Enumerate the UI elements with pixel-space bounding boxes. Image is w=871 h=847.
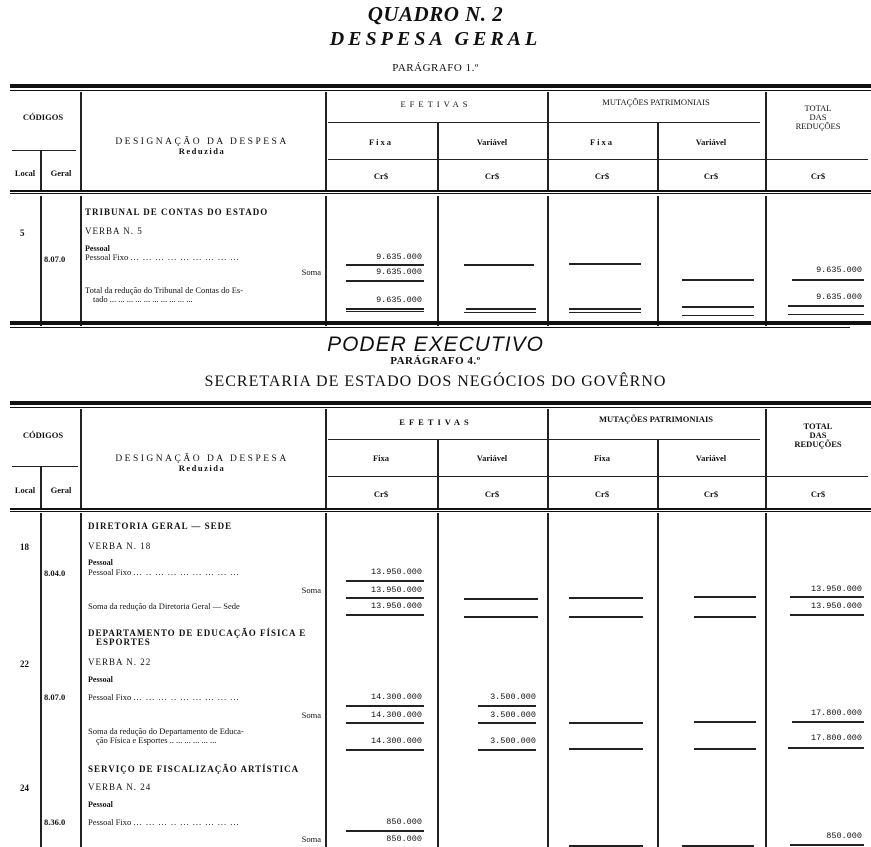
col-divider [437, 196, 439, 326]
geral-code: 8.07.0 [44, 692, 65, 702]
table-top-rule [10, 401, 871, 405]
currency-label: Cr$ [547, 171, 657, 181]
total-rule [788, 747, 864, 749]
currency-label: Cr$ [657, 489, 765, 499]
item-label: Pessoal Fixo ... ... ... .. ... ... ... … [88, 817, 240, 827]
table-top-rule [10, 84, 871, 88]
mutacoes-fixa-header: Fixa [547, 453, 657, 463]
total-rule [346, 614, 424, 616]
efetivas-header: EFETIVAS [325, 417, 547, 427]
item-fixa-value: 9.635.000 [330, 252, 422, 262]
sum-rule [346, 705, 424, 707]
local-code: 24 [20, 783, 29, 793]
empty-rule [466, 308, 536, 310]
mutacoes-fixa-header: Fixa [547, 137, 657, 147]
pessoal-label: Pessoal [88, 675, 113, 684]
header-bottom-rule [10, 508, 871, 510]
total-header: TOTAL DAS REDUÇÕES [765, 422, 871, 449]
soma-fixa-value: 14.300.000 [330, 710, 422, 720]
efetivas-fixa-header: Fixa [325, 137, 437, 147]
empty-rule [682, 279, 754, 281]
header-bottom-rule [10, 193, 871, 194]
geral-header: Geral [42, 485, 80, 495]
currency-label: Cr$ [765, 489, 871, 499]
soma-total-value: 9.635.000 [770, 265, 862, 275]
pessoal-label: Pessoal [88, 558, 113, 567]
soma-total-value: 850.000 [770, 831, 862, 841]
currency-label: Cr$ [547, 489, 657, 499]
total-header-line: REDUÇÕES [765, 122, 871, 131]
mutacoes-variavel-header: Variável [657, 453, 765, 463]
total-rule [788, 305, 864, 307]
secretaria-heading: SECRETARIA DE ESTADO DOS NEGÓCIOS DO GOV… [0, 373, 871, 391]
total-total-value: 9.635.000 [770, 292, 862, 302]
table-bottom-rule [10, 327, 850, 328]
col-divider [325, 196, 327, 326]
mutacoes-header: MUTAÇÕES PATRIMONIAIS [547, 97, 765, 107]
empty-rule [569, 722, 643, 724]
local-code: 5 [20, 228, 25, 238]
currency-label: Cr$ [325, 489, 437, 499]
leader-dots: ... ... ... .. ... ... ... ... ... [133, 817, 239, 827]
sum-rule [346, 580, 424, 582]
total-rule [346, 311, 424, 312]
header-bottom-rule [10, 511, 871, 512]
empty-rule [464, 598, 538, 600]
entity-name-line: ESPORTES [88, 638, 306, 647]
sum-rule [790, 596, 864, 598]
col-divider [437, 513, 439, 847]
item-variavel-value: 3.500.000 [440, 692, 536, 702]
total-label-line: ção Física e Esportes .. ... ... ... ...… [88, 736, 244, 745]
item-name: Pessoal Fixo [88, 817, 131, 827]
item-label: Pessoal Fixo ... ... ... ... ... ... ...… [85, 252, 240, 262]
empty-rule [682, 306, 754, 308]
paragraph-heading-4: PARÁGRAFO 4.º [0, 355, 871, 367]
empty-rule [569, 597, 643, 599]
leader-dots: ... ... ... .. ... ... ... ... ... [133, 692, 239, 702]
currency-label: Cr$ [437, 171, 547, 181]
sum-rule [792, 279, 864, 281]
header-rule [328, 122, 760, 123]
empty-rule [569, 616, 643, 618]
col-divider [80, 196, 82, 326]
col-divider [40, 513, 42, 847]
codigos-header: CÓDIGOS [10, 112, 76, 122]
col-divider [547, 196, 549, 326]
designacao-header: DESIGNAÇÃO DA DESPESA Reduzida [82, 137, 322, 156]
col-divider [547, 513, 549, 847]
sum-rule [790, 844, 864, 846]
header-bottom-rule [10, 190, 871, 192]
leader-dots: ... .. ... ... ... ... ... ... ... [133, 567, 239, 577]
empty-rule [682, 845, 754, 847]
empty-rule [694, 616, 756, 618]
soma-variavel-value: 3.500.000 [440, 710, 536, 720]
total-header-line: REDUÇÕES [765, 440, 871, 449]
item-name: Pessoal Fixo [88, 567, 131, 577]
total-fixa-value: 14.300.000 [330, 736, 422, 746]
header-rule [328, 476, 868, 477]
mutacoes-header: MUTAÇÕES PATRIMONIAIS [547, 414, 765, 424]
col-divider [657, 196, 659, 326]
total-label-line: tado ... ... ... ... ... ... ... ... ...… [85, 295, 243, 304]
sum-rule [478, 722, 536, 724]
soma-fixa-value: 13.950.000 [330, 585, 422, 595]
soma-label: Soma [88, 834, 321, 844]
entity-name: DIRETORIA GERAL — SEDE [88, 521, 232, 531]
header-rule [328, 439, 760, 440]
efetivas-variavel-header: Variável [437, 453, 547, 463]
col-divider [437, 122, 439, 192]
geral-code: 8.04.0 [44, 568, 65, 578]
total-fixa-value: 13.950.000 [330, 601, 422, 611]
geral-header: Geral [42, 168, 80, 178]
designacao-sublabel: Reduzida [82, 146, 322, 156]
currency-label: Cr$ [437, 489, 547, 499]
item-fixa-value: 13.950.000 [330, 567, 422, 577]
table-top-rule-thin [10, 407, 871, 408]
leader-dots: ... ... ... ... ... ... ... ... ... [130, 252, 239, 262]
item-name: Pessoal Fixo [85, 252, 128, 262]
total-label: Soma da redução do Departamento de Educa… [88, 727, 244, 745]
empty-rule [569, 312, 641, 313]
header-rule [328, 159, 868, 160]
soma-fixa-value: 9.635.000 [330, 267, 422, 277]
verba-label: VERBA N. 22 [88, 657, 151, 667]
empty-rule [569, 263, 641, 265]
col-divider [657, 513, 659, 847]
sum-rule [346, 722, 424, 724]
codigos-header: CÓDIGOS [10, 430, 76, 440]
item-fixa-value: 850.000 [330, 817, 422, 827]
empty-rule [694, 748, 756, 750]
local-header: Local [8, 168, 42, 178]
empty-rule [464, 312, 536, 313]
total-variavel-value: 3.500.000 [440, 736, 536, 746]
soma-total-value: 17.800.000 [770, 708, 862, 718]
item-label: Pessoal Fixo ... .. ... ... ... ... ... … [88, 567, 240, 577]
currency-label: Cr$ [325, 171, 437, 181]
efetivas-fixa-header: Fixa [325, 453, 437, 463]
document-title: QUADRO N. 2 [0, 2, 871, 27]
total-rule [478, 749, 536, 751]
item-name: Pessoal Fixo [88, 692, 131, 702]
total-rule [790, 614, 864, 616]
pessoal-label: Pessoal [88, 800, 113, 809]
section-title: PODER EXECUTIVO [0, 333, 871, 357]
designacao-header: DESIGNAÇÃO DA DESPESA Reduzida [82, 454, 322, 473]
verba-label: VERBA N. 5 [85, 226, 143, 236]
local-code: 22 [20, 659, 29, 669]
sum-rule [346, 830, 424, 832]
empty-rule [569, 845, 643, 847]
entity-name: DEPARTAMENTO DE EDUCAÇÃO FÍSICA E ESPORT… [88, 629, 306, 647]
local-code: 18 [20, 542, 29, 552]
total-label: Total da redução do Tribunal de Contas d… [85, 286, 243, 304]
currency-label: Cr$ [765, 171, 871, 181]
table-top-rule-thin [10, 90, 871, 91]
entity-name: TRIBUNAL DE CONTAS DO ESTADO [85, 207, 268, 217]
col-divider [657, 122, 659, 192]
total-rule [788, 314, 864, 315]
empty-rule [464, 616, 538, 618]
total-total-value: 13.950.000 [770, 601, 862, 611]
sum-rule [346, 597, 424, 599]
sum-rule [478, 705, 536, 707]
header-rule [12, 150, 76, 151]
total-header: TOTAL DAS REDUÇÕES [765, 104, 871, 131]
header-rule [12, 466, 78, 467]
empty-rule [694, 596, 756, 598]
empty-rule [569, 748, 643, 750]
mutacoes-variavel-header: Variável [657, 137, 765, 147]
sum-rule [792, 721, 864, 723]
sum-rule [346, 280, 424, 282]
soma-label: Soma [88, 585, 321, 595]
col-divider [80, 513, 82, 847]
total-label: Soma da redução da Diretoria Geral — Sed… [88, 601, 240, 611]
item-fixa-value: 14.300.000 [330, 692, 422, 702]
sum-rule [346, 264, 424, 266]
currency-label: Cr$ [657, 171, 765, 181]
col-divider [325, 513, 327, 847]
designacao-sublabel: Reduzida [82, 463, 322, 473]
col-divider [765, 196, 767, 326]
total-rule [346, 308, 424, 310]
empty-rule [569, 308, 641, 310]
verba-label: VERBA N. 18 [88, 541, 151, 551]
soma-label: Soma [88, 710, 321, 720]
empty-rule [682, 315, 754, 316]
table-bottom-rule [10, 321, 871, 325]
soma-fixa-value: 850.000 [330, 834, 422, 844]
paragraph-heading-1: PARÁGRAFO 1.º [0, 62, 871, 74]
empty-rule [464, 264, 534, 266]
entity-name: SERVIÇO DE FISCALIZAÇÃO ARTÍSTICA [88, 764, 299, 774]
verba-label: VERBA N. 24 [88, 782, 151, 792]
total-rule [346, 749, 424, 751]
soma-total-value: 13.950.000 [770, 584, 862, 594]
col-divider [765, 513, 767, 847]
geral-code: 8.07.0 [44, 254, 65, 264]
item-label: Pessoal Fixo ... ... ... .. ... ... ... … [88, 692, 240, 702]
col-divider [40, 196, 42, 326]
efetivas-header: EFETIVAS [325, 99, 547, 109]
total-total-value: 17.800.000 [770, 733, 862, 743]
empty-rule [694, 721, 756, 723]
geral-code: 8.36.0 [44, 817, 65, 827]
total-fixa-value: 9.635.000 [330, 295, 422, 305]
soma-label: Soma [85, 267, 321, 277]
local-header: Local [8, 485, 42, 495]
efetivas-variavel-header: Variável [437, 137, 547, 147]
document-subtitle: DESPESA GERAL [0, 28, 871, 51]
